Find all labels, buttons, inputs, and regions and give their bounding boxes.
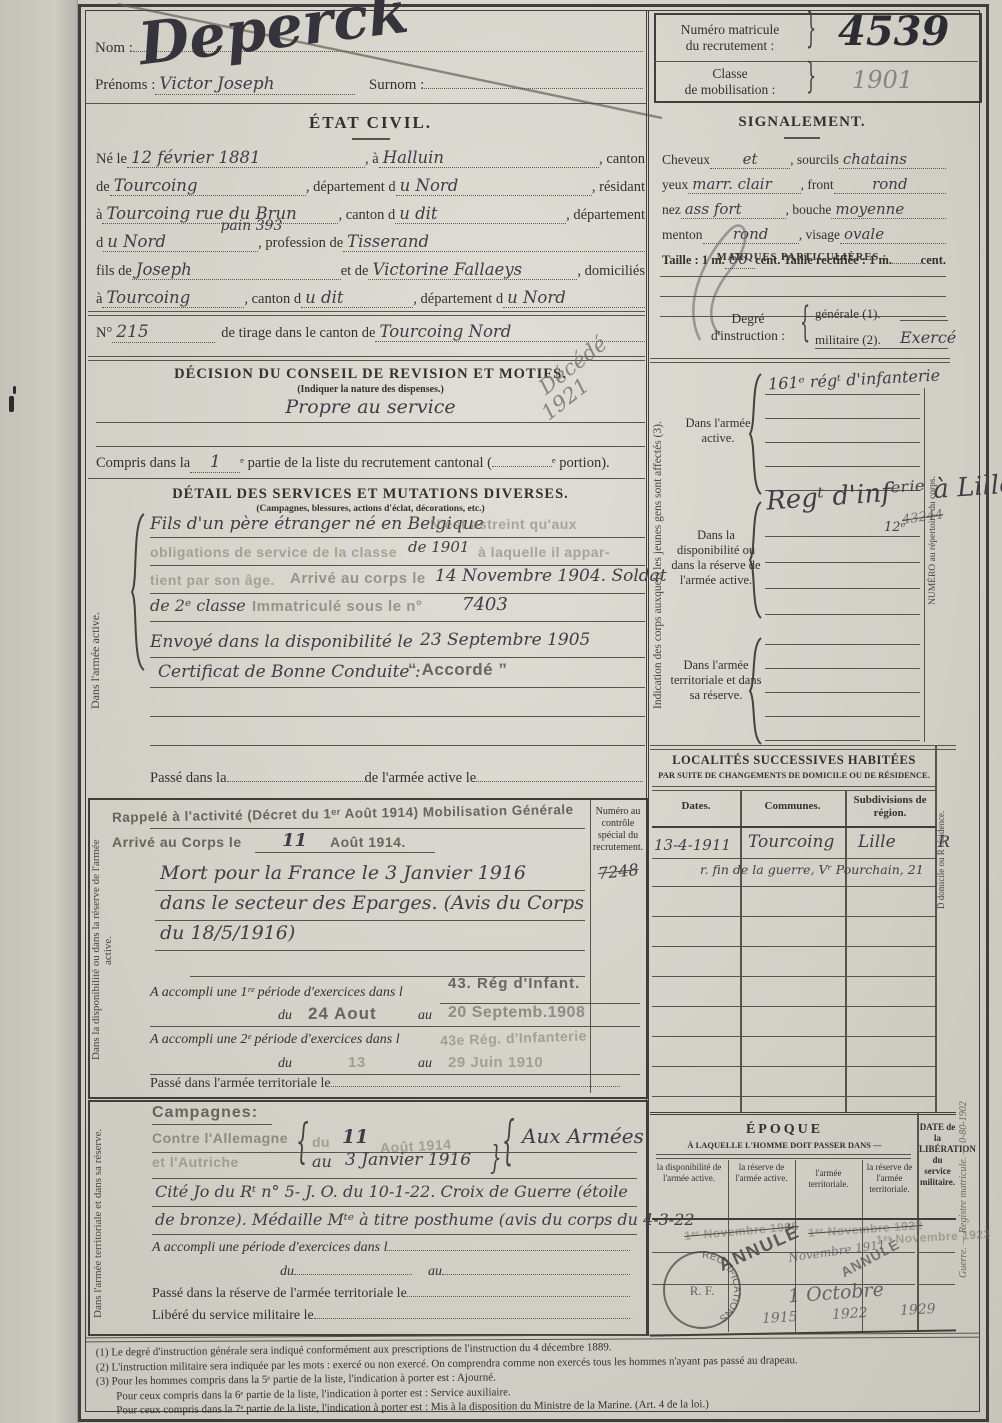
- canton-naissance: Tourcoing: [110, 176, 306, 196]
- periode-territoriale-row: A accompli une période d'exercices dans …: [152, 1240, 630, 1256]
- epoque-col1: la disponibilité de l'armée active.: [652, 1162, 726, 1184]
- rule: [650, 745, 956, 750]
- prenoms-value: Victor Joseph: [155, 74, 355, 95]
- rule: [652, 1096, 935, 1097]
- rule: [652, 946, 935, 947]
- lieu-naissance: Halluin: [379, 148, 599, 168]
- brace: }: [490, 1140, 501, 1178]
- front-value: rond: [834, 175, 946, 194]
- rule: [652, 1036, 935, 1037]
- epoque-subtitle: À LAQUELLE L'HOMME DOIT PASSER DANS —: [652, 1140, 917, 1150]
- libere-label: Libéré du service militaire le: [152, 1308, 314, 1324]
- services-hw8a: Certificat de Bonne Conduite :: [158, 662, 421, 682]
- rule: [765, 588, 920, 589]
- services-hw7: 23 Septembre 1905: [420, 630, 590, 650]
- rule: [845, 790, 847, 1112]
- territoriale-side-label: Dans l'armée territoriale et dans sa rés…: [92, 1128, 128, 1318]
- prenoms-label: Prénoms :: [95, 77, 155, 94]
- rule: [765, 394, 920, 395]
- au-label: au: [418, 1008, 432, 1024]
- domicile-parents: Tourcoing: [102, 288, 244, 308]
- canton-label: , canton d: [244, 291, 301, 308]
- yeux-label: yeux: [662, 177, 688, 193]
- du-label: du: [280, 1264, 294, 1280]
- etat-civil-fields: Né le 12 février 1881 , à Halluin , cant…: [96, 148, 645, 308]
- localites-title: LOCALITÉS SUCCESSIVES HABITÉES: [652, 753, 936, 768]
- controle-label: Numéro au contrôle spécial du recrutemen…: [592, 806, 644, 854]
- localites-row-commune: Tourcoing: [748, 832, 834, 852]
- passe-label: Passé dans la: [150, 770, 227, 787]
- sourcils-value: chatains: [839, 150, 946, 169]
- campagnes-au: au: [312, 1152, 332, 1171]
- epoque-year-3: 1929: [900, 1301, 936, 1319]
- et-autriche: et l'Autriche: [152, 1154, 239, 1170]
- services-stamp3: à laquelle il appar-: [478, 544, 610, 560]
- rule: [86, 103, 646, 104]
- compris-value: 1: [190, 452, 240, 473]
- rule: [155, 920, 585, 921]
- blank-line: [442, 1274, 630, 1275]
- epoque-col4: la réserve de l'armée territoriale.: [864, 1162, 915, 1195]
- rule: [765, 716, 920, 717]
- localites-row-date: 13-4-1911: [654, 836, 731, 854]
- rule: [150, 1074, 640, 1075]
- rule: [150, 1026, 640, 1027]
- rule: [88, 311, 645, 316]
- rule: [919, 1252, 955, 1253]
- aux-armees: Aux Armées: [522, 1124, 644, 1148]
- canton-label: , canton d: [338, 207, 395, 224]
- rule: [150, 537, 645, 538]
- rule: [150, 745, 645, 746]
- localites-col-subdiv: Subdivisions de région.: [848, 794, 932, 820]
- rule: [155, 890, 585, 891]
- matricule-value: 4539: [838, 8, 949, 55]
- epoque-col-date: DATE de la LIBÉRATION du service militai…: [919, 1122, 956, 1188]
- rule: [652, 1006, 935, 1007]
- mort-france-line2: dans le secteur des Eparges. (Avis du Co…: [160, 892, 584, 914]
- services-hw6: Envoyé dans la disponibilité le: [150, 632, 413, 652]
- services-title: DÉTAIL DES SERVICES ET MUTATIONS DIVERSE…: [96, 486, 645, 503]
- localites-subtitle: PAR SUITE DE CHANGEMENTS DE DOMICILE OU …: [652, 770, 936, 780]
- brace-curve: [128, 512, 148, 672]
- citation-line2: de bronze). Médaille Mᵗᵉ à titre posthum…: [155, 1210, 695, 1229]
- tirage-row: N° 215 de tirage dans le canton de Tourc…: [96, 322, 645, 343]
- departement-label: , département: [566, 207, 645, 224]
- rule: [152, 1178, 637, 1179]
- tirage-canton: Tourcoing Nord: [375, 322, 645, 342]
- compris-label: Compris dans la: [96, 455, 190, 472]
- visage-value: ovale: [840, 225, 946, 244]
- rule: [765, 692, 920, 693]
- registre-matricule-page: Nom : Deperck Prénoms : Victor Joseph Su…: [0, 0, 1002, 1423]
- instruction-label: Degré d'instruction :: [700, 310, 796, 344]
- rule: [765, 418, 920, 419]
- periode1-label: A accompli une 1ʳᵉ période d'exercices d…: [150, 985, 403, 1001]
- services-hw2: de 1901: [408, 538, 469, 556]
- passe-armee-active-row: Passé dans la de l'armée active le: [150, 770, 643, 787]
- blank-line: [476, 781, 643, 782]
- surnom-line: [424, 88, 643, 89]
- rule: [152, 1206, 637, 1207]
- rule: [150, 657, 645, 658]
- arrive-corps-day: 11: [282, 830, 307, 851]
- blank-line: [227, 781, 365, 782]
- au-label: au: [428, 1264, 442, 1280]
- epoque-year-2: 1922: [832, 1305, 868, 1323]
- bouche-value: moyenne: [831, 200, 946, 219]
- rule: [150, 828, 585, 829]
- rule: [652, 976, 935, 977]
- rule: [815, 348, 948, 349]
- rule: [765, 562, 920, 563]
- fils-de-label: fils de: [96, 263, 132, 280]
- rule: [652, 916, 935, 917]
- localites-row-subdiv: Lille: [858, 832, 896, 852]
- services-subtitle: (Campagnes, blessures, actions d'éclat, …: [96, 504, 645, 514]
- periode2-du: 13: [348, 1054, 366, 1071]
- departement-parents: u Nord: [503, 288, 645, 308]
- passe-territoriale-row: Passé dans l'armée territoriale le: [150, 1076, 620, 1092]
- numero-label: N°: [96, 325, 112, 342]
- arrive-corps-date: Août 1914.: [330, 834, 406, 850]
- arrive-corps-stamp: Arrivé au Corps le: [112, 834, 242, 850]
- rule: [765, 740, 920, 741]
- ink-speck: [9, 396, 14, 412]
- yeux-value: marr. clair: [688, 175, 800, 194]
- brace: }: [806, 55, 816, 97]
- classe-label: Classe de mobilisation :: [660, 66, 800, 98]
- campagnes-au-date: 3 Janvier 1916: [345, 1150, 471, 1170]
- residence-interline: pain 393: [220, 218, 282, 234]
- periode2-au: 29 Juin 1910: [448, 1054, 543, 1071]
- rule: [96, 446, 645, 447]
- instruction-generale-label: générale (1).: [815, 306, 881, 322]
- paper-left-edge: [0, 0, 78, 1423]
- rule: [652, 1066, 935, 1067]
- footnotes: (1) Le degré d'instruction générale sera…: [96, 1336, 979, 1418]
- services-hw5: 7403: [462, 594, 508, 615]
- rule: [152, 1234, 637, 1235]
- cheveux-value: et: [710, 150, 790, 169]
- instruction-militaire-label: militaire (2).: [815, 332, 881, 348]
- residant-label: , résidant: [592, 179, 645, 196]
- a-label: , à: [365, 151, 379, 168]
- et-de-label: et de: [341, 263, 369, 280]
- blank-line: [331, 1086, 620, 1087]
- ne-le-label: Né le: [96, 151, 127, 168]
- services-hw8b: “ Accordé ”: [408, 660, 507, 680]
- front-label: , front: [801, 177, 834, 193]
- campagnes-title: Campagnes:: [152, 1104, 258, 1122]
- rule: [650, 1112, 956, 1115]
- nom-label: Nom :: [95, 40, 133, 57]
- tirage-label: de tirage dans le canton de: [221, 325, 375, 342]
- epoque-title: ÉPOQUE: [652, 1122, 917, 1138]
- rule: [784, 137, 820, 139]
- compris-label-3: ᵉ portion).: [552, 455, 610, 472]
- departement-label: , département d: [413, 291, 503, 308]
- rule: [765, 644, 920, 645]
- rule: [88, 478, 645, 479]
- services-stamp6: Immatriculé sous le n°: [252, 598, 422, 615]
- localites-col-dr: D domicile ou R résidence.: [936, 760, 946, 960]
- periode1-du: 24 Aout: [308, 1004, 377, 1024]
- compris-row: Compris dans la 1 ᵉ partie de la liste d…: [96, 452, 645, 473]
- surnom-label: Surnom :: [369, 77, 424, 94]
- passe-territoriale-label: Passé dans l'armée territoriale le: [150, 1076, 331, 1092]
- campagnes-du: du: [312, 1134, 330, 1150]
- d-label: d: [96, 235, 103, 252]
- blank-line: [892, 263, 921, 264]
- libere-row: Libéré du service militaire le: [152, 1308, 630, 1324]
- services-stamp2: obligations de service de la classe: [150, 544, 397, 560]
- rule: [656, 1154, 911, 1159]
- passe-reserve-label: Passé dans la réserve de l'armée territo…: [152, 1286, 407, 1302]
- blank-line: [407, 1296, 630, 1297]
- rule: [900, 320, 948, 321]
- sourcils-label: , sourcils: [790, 152, 839, 168]
- localites-row-commune-2: r. fin de la guerre, Vʳ Pourchain, 21: [700, 862, 924, 877]
- citation-line1: Cité Jo du Rᵗ n° 5- J. O. du 10-1-22. Cr…: [155, 1182, 628, 1201]
- domicilies-label: , domiciliés: [577, 263, 645, 280]
- tirage-value: 215: [112, 322, 215, 343]
- rule: [652, 826, 936, 828]
- ne-le-value: 12 février 1881: [127, 148, 365, 168]
- indication-corps-side-label: Indication des corps auxquels les jeunes…: [652, 400, 664, 730]
- rule: [150, 687, 645, 688]
- periode1-corps: 43. Rég d'Infant.: [448, 975, 580, 992]
- rule: [255, 852, 435, 853]
- ink-speck: [13, 386, 16, 394]
- prenoms-row: Prénoms : Victor Joseph Surnom :: [95, 74, 643, 95]
- rule: [765, 668, 920, 669]
- localites-row-dr: R: [938, 832, 950, 851]
- rule: [652, 858, 935, 859]
- rule: [652, 786, 936, 791]
- brace: {: [800, 297, 810, 346]
- passe-label-2: de l'armée active le: [365, 770, 477, 787]
- instruction-militaire-value: Exercé: [900, 328, 956, 347]
- rule: [765, 536, 920, 537]
- compris-label-2: ᵉ partie de la liste du recrutement cant…: [240, 455, 492, 472]
- rule: [652, 886, 935, 887]
- rule: [765, 614, 920, 615]
- du-label: du: [278, 1008, 292, 1024]
- periode2-label: A accompli une 2ᵉ période d'exercices da…: [150, 1032, 400, 1048]
- rule: [150, 593, 645, 594]
- brace: {: [502, 1109, 515, 1171]
- services-hw4: de 2ᵉ classe: [150, 596, 246, 615]
- edge-caption: Guerre. — Registre matricule. — 0-80-190…: [958, 1040, 969, 1340]
- rule: [155, 950, 585, 951]
- rule: [352, 138, 390, 140]
- brace: {: [296, 1111, 309, 1169]
- cheveux-label: Cheveux: [662, 152, 710, 168]
- departement-label: , département d: [306, 179, 396, 196]
- rule: [765, 442, 920, 443]
- localites-col-dates: Dates.: [652, 800, 740, 812]
- brace-curve: [748, 636, 764, 746]
- rule: [740, 790, 742, 1112]
- armee-active-side-label: Dans l'armée active.: [88, 545, 103, 775]
- canton-label: , canton: [599, 151, 645, 168]
- localites-col-communes: Communes.: [740, 800, 845, 812]
- passe-reserve-row: Passé dans la réserve de l'armée territo…: [152, 1286, 630, 1302]
- periode-label: A accompli une période d'exercices dans …: [152, 1240, 387, 1256]
- brace: }: [806, 3, 816, 52]
- signalement-title: SIGNALEMENT.: [652, 114, 952, 131]
- rule: [924, 388, 925, 742]
- departement-residence: u Nord: [103, 232, 258, 252]
- brace-curve: [748, 372, 764, 496]
- profession-label: , profession de: [258, 235, 343, 252]
- brace-curve: [748, 500, 764, 620]
- services-stamp5: Arrivé au corps le: [290, 570, 426, 587]
- residence-value: Tourcoing rue du Brun pain 393: [102, 204, 338, 224]
- canton-residence: u dit: [395, 204, 566, 224]
- contre-allemagne: Contre l'Allemagne: [152, 1130, 288, 1146]
- du-label: du: [278, 1056, 292, 1072]
- canton-parents: u dit: [301, 288, 413, 308]
- blank-line: [294, 1274, 412, 1275]
- periode-dates-row: du au: [280, 1264, 630, 1280]
- pere-value: Joseph: [132, 260, 341, 280]
- services-stamp1: N'est astreint qu'aux: [430, 516, 577, 532]
- epoque-year-1: 1915: [762, 1309, 798, 1327]
- mort-france-line3: du 18/5/1916): [160, 922, 295, 944]
- au-label: au: [418, 1056, 432, 1072]
- periode1-au: 20 Septemb.1908: [448, 1004, 585, 1022]
- mort-france-line1: Mort pour la France le 3 Janvier 1916: [160, 862, 526, 884]
- repertoire-label: NUMÉRO au répertoire du corps.: [928, 420, 939, 660]
- departement-naissance: u Nord: [396, 176, 592, 196]
- epoque-col3: l'armée territoriale.: [797, 1168, 860, 1190]
- etat-civil-title: ÉTAT CIVIL.: [96, 113, 645, 133]
- mere-value: Victorine Fallaeys: [368, 260, 577, 280]
- campagnes-du-jour: 11: [342, 1126, 368, 1148]
- blank-line: [314, 1318, 630, 1319]
- disponibilite-side-label: Dans la disponibilité ou dans la réserve…: [90, 830, 130, 1070]
- services-stamp4: tient par son âge.: [150, 572, 275, 588]
- rule: [152, 1124, 272, 1125]
- rule: [150, 716, 645, 717]
- rule: [590, 800, 591, 1093]
- rectification-center-text: R. F.: [690, 1283, 715, 1298]
- rule: [650, 358, 950, 363]
- profession-value: Tisserand: [343, 232, 645, 252]
- blank-line: [492, 466, 552, 467]
- epoque-col2: la réserve de l'armée active.: [730, 1162, 793, 1184]
- rule: [765, 466, 920, 467]
- rule: [96, 422, 645, 423]
- rule: [150, 621, 645, 622]
- rectification-stamp: RECTIFICATIONS R. F.: [656, 1244, 748, 1336]
- services-hw3: 14 Novembre 1904. Soldat: [435, 566, 667, 586]
- rule: [919, 1284, 955, 1285]
- matricule-label: Numéro matricule du recrutement :: [660, 22, 800, 54]
- blank-line: [387, 1250, 630, 1251]
- classe-value: 1901: [852, 66, 913, 94]
- de-label: de: [96, 179, 110, 196]
